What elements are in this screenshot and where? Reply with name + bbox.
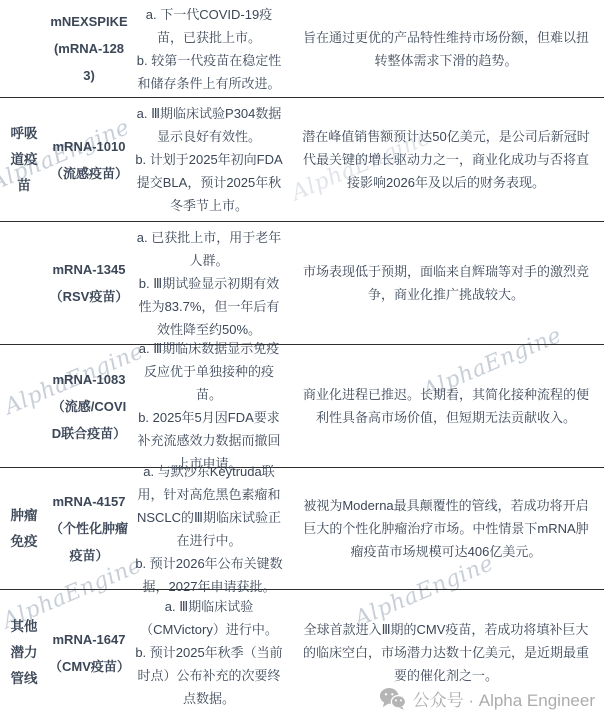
comment-cell: 商业化进程已推迟。长期看，其简化接种流程的便利性具备高市场价值，但短期无法贡献收… [288, 345, 604, 467]
comment-cell: 被视为Moderna最具颠覆性的管线，若成功将开启巨大的个性化肿瘤治疗市场。中性… [288, 468, 604, 589]
product-name-cell: mRNA-1010 （流感疫苗） [48, 98, 130, 221]
comment-cell: 旨在通过更优的产品特性维持市场份额，但难以扭转整体需求下滑的趋势。 [288, 0, 604, 97]
comment-cell: 潜在峰值销售额预计达50亿美元，是公司后新冠时代最关键的增长驱动力之一，商业化成… [288, 98, 604, 221]
table-row-mrna-4157: 肿瘤免疫 mRNA-4157 （个性化肿瘤疫苗） a. 与默沙东Keytruda… [0, 468, 604, 590]
product-name-cell: mRNA-1083 （流感/COVID联合疫苗） [48, 345, 130, 467]
table-row-mrna-1345: mRNA-1345 （RSV疫苗） a. 已获批上市，用于老年人群。 b. Ⅲ期… [0, 222, 604, 345]
category-cell-oncology: 肿瘤免疫 [0, 468, 48, 589]
product-name-cell: mRNA-4157 （个性化肿瘤疫苗） [48, 468, 130, 589]
status-cell: a. 与默沙东Keytruda联用，针对高危黑色素瘤和NSCLC的Ⅲ期临床试验正… [130, 468, 288, 589]
category-cell [0, 345, 48, 467]
product-name-cell: mNEXSPIKE (mRNA-1283) [48, 0, 130, 97]
comment-cell: 市场表现低于预期，面临来自辉瑞等对手的激烈竞争，商业化推广挑战较大。 [288, 222, 604, 344]
category-cell-respiratory: 呼吸道疫苗 [0, 98, 48, 221]
table-row-mrna-1010: 呼吸道疫苗 mRNA-1010 （流感疫苗） a. Ⅲ期临床试验P304数据显示… [0, 98, 604, 222]
wechat-icon [379, 687, 406, 710]
table-row-mnexspike: mNEXSPIKE (mRNA-1283) a. 下一代COVID-19疫苗，已… [0, 0, 604, 98]
status-item-a: a. 已获批上市，用于老年人群。 [133, 226, 285, 272]
table-row-mrna-1083: mRNA-1083 （流感/COVID联合疫苗） a. Ⅲ期临床数据显示免疫反应… [0, 345, 604, 468]
status-item-b: b. 预计2025年秋季（当前时点）公布补充的次要终点数据。 [133, 641, 285, 710]
status-item-a: a. 下一代COVID-19疫苗，已获批上市。 [133, 3, 285, 49]
status-cell: a. 已获批上市，用于老年人群。 b. Ⅲ期试验显示初期有效性为83.7%，但一… [130, 222, 288, 344]
category-cell [0, 222, 48, 344]
status-item-a: a. Ⅲ期临床试验（CMVictory）进行中。 [133, 595, 285, 641]
status-item-a: a. 与默沙东Keytruda联用，针对高危黑色素瘤和NSCLC的Ⅲ期临床试验正… [133, 460, 285, 552]
wechat-footer: 公众号 · Alpha Engineer [375, 686, 595, 711]
product-name-cell: mRNA-1647 （CMV疫苗） [48, 590, 130, 715]
pipeline-table-page: AlphaEngine AlphaEngine AlphaEngine Alph… [0, 0, 604, 715]
status-item-a: a. Ⅲ期临床试验P304数据显示良好有效性。 [133, 102, 285, 148]
status-item-b: b. 较第一代疫苗在稳定性和储存条件上有所改进。 [133, 49, 285, 95]
status-cell: a. Ⅲ期临床数据显示免疫反应优于单独接种的疫苗。 b. 2025年5月因FDA… [130, 345, 288, 467]
category-cell-other: 其他潜力管线 [0, 590, 48, 715]
pipeline-table: mNEXSPIKE (mRNA-1283) a. 下一代COVID-19疫苗，已… [0, 0, 604, 715]
footer-account-label: 公众号 · Alpha Engineer [413, 686, 595, 711]
product-name-cell: mRNA-1345 （RSV疫苗） [48, 222, 130, 344]
status-item-b: b. 计划于2025年初向FDA提交BLA，预计2025年秋冬季节上市。 [133, 148, 285, 217]
status-cell: a. 下一代COVID-19疫苗，已获批上市。 b. 较第一代疫苗在稳定性和储存… [130, 0, 288, 97]
category-cell [0, 0, 48, 97]
status-item-a: a. Ⅲ期临床数据显示免疫反应优于单独接种的疫苗。 [133, 337, 285, 406]
status-cell: a. Ⅲ期临床试验（CMVictory）进行中。 b. 预计2025年秋季（当前… [130, 590, 288, 715]
status-cell: a. Ⅲ期临床试验P304数据显示良好有效性。 b. 计划于2025年初向FDA… [130, 98, 288, 221]
status-item-b: b. Ⅲ期试验显示初期有效性为83.7%，但一年后有效性降至约50%。 [133, 272, 285, 341]
